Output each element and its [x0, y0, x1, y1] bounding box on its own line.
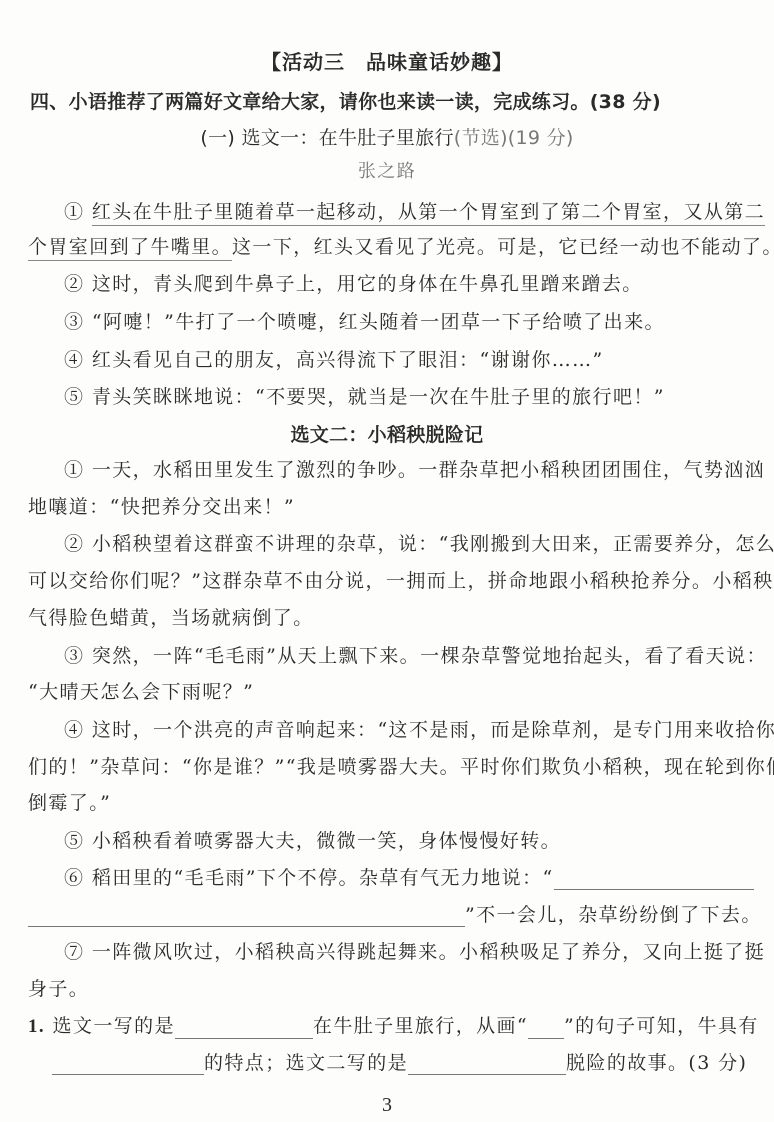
- exercise-1-line-1: 1. 选文一写的是在牛肚子里旅行，从画“”的句子可知，牛具有: [0, 1014, 774, 1039]
- answer-blank-weed-speech-1[interactable]: [554, 869, 754, 890]
- passage1-author: 张之路: [0, 160, 774, 184]
- passage1-paragraph-3: ③ “阿嚏！”牛打了一个喷嚏，红头随着一团草一下子给喷了出来。: [0, 310, 774, 334]
- passage2-heading: 选文二：小稻秧脱险记: [0, 423, 774, 447]
- passage1-paragraph-1-line-1: ① 红头在牛肚子里随着草一起移动，从第一个胃室到了第二个胃室，又从第二: [0, 200, 774, 224]
- page-number: 3: [0, 1094, 774, 1117]
- passage2-paragraph-1-line-1: ① 一天，水稻田里发生了激烈的争吵。一群杂草把小稻秧团团围住，气势汹汹: [0, 458, 774, 482]
- passage1-paragraph-1-line-2: 个胃室回到了牛嘴里。这一下，红头又看见了光亮。可是，它已经一动也不能动了。: [0, 235, 774, 259]
- question-header: 四、小语推荐了两篇好文章给大家，请你也来读一读，完成练习。(38 分): [30, 90, 774, 114]
- passage2-paragraph-7-line-1: ⑦ 一阵微风吹过，小稻秧高兴得跳起舞来。小稻秧吸足了养分，又向上挺了挺: [0, 940, 774, 964]
- answer-blank-passage2-subject[interactable]: [408, 1054, 566, 1075]
- answer-blank-cow-trait[interactable]: [52, 1054, 204, 1075]
- passage2-paragraph-3-line-2: “大晴天怎么会下雨呢？”: [0, 680, 774, 704]
- worksheet-page: 【活动三 品味童话妙趣】 四、小语推荐了两篇好文章给大家，请你也来读一读，完成练…: [0, 0, 774, 1122]
- passage2-paragraph-4-line-1: ④ 这时，一个洪亮的声音响起来：“这不是雨，而是除草剂，是专门用来收拾你: [0, 718, 774, 742]
- passage2-paragraph-5: ⑤ 小稻秧看着喷雾器大夫，微微一笑，身体慢慢好转。: [0, 829, 774, 853]
- passage2-paragraph-2-line-3: 气得脸色蜡黄，当场就病倒了。: [0, 606, 774, 630]
- passage1-title: (一) 选文一：在牛肚子里旅行: [200, 127, 453, 149]
- answer-blank-passage1-subject[interactable]: [175, 1018, 313, 1039]
- answer-blank-weed-speech-2[interactable]: [28, 906, 465, 927]
- passage1-paragraph-4: ④ 红头看见自己的朋友，高兴得流下了眼泪：“谢谢你……”: [0, 348, 774, 372]
- passage2-paragraph-2-line-1: ② 小稻秧望着这群蛮不讲理的杂草，说：“我刚搬到大田来，正需要养分，怎么: [0, 532, 774, 556]
- passage2-paragraph-4-line-3: 倒霉了。”: [0, 791, 774, 815]
- exercise-number: 1.: [28, 1016, 45, 1037]
- passage1-excerpt-note: (节选): [454, 127, 508, 149]
- activity-title: 【活动三 品味童话妙趣】: [0, 50, 774, 74]
- passage2-paragraph-2-line-2: 可以交给你们呢？”这群杂草不由分说，一拥而上，拼命地跟小稻秧抢养分。小稻秧: [0, 569, 774, 593]
- answer-blank-line-type[interactable]: [528, 1018, 564, 1039]
- passage2-paragraph-1-line-2: 地嚷道：“快把养分交出来！”: [0, 495, 774, 519]
- passage2-paragraph-7-line-2: 身子。: [0, 977, 774, 1001]
- exercise-1-line-2: 的特点；选文二写的是脱险的故事。(3 分): [0, 1051, 774, 1075]
- passage2-paragraph-6-line-1: ⑥ 稻田里的“毛毛雨”下个不停。杂草有气无力地说：“: [0, 866, 774, 890]
- passage1-paragraph-2: ② 这时，青头爬到牛鼻子上，用它的身体在牛鼻孔里蹭来蹭去。: [0, 272, 774, 296]
- underlined-sentence-end: 个胃室回到了牛嘴里。: [28, 236, 232, 261]
- underlined-sentence: 红头在牛肚子里随着草一起移动，从第一个胃室到了第二个胃室，又从第二: [92, 201, 765, 226]
- passage2-paragraph-4-line-2: 们的！”杂草问：“你是谁？”“我是喷雾器大夫。平时你们欺负小稻秧，现在轮到你们: [0, 755, 774, 779]
- passage1-score: (19 分): [508, 127, 574, 149]
- passage2-paragraph-3-line-1: ③ 突然，一阵“毛毛雨”从天上飘下来。一棵杂草警觉地抬起头，看了看天说：: [0, 644, 774, 668]
- passage1-heading: (一) 选文一：在牛肚子里旅行(节选)(19 分): [0, 126, 774, 150]
- passage2-paragraph-6-line-2: ”不一会儿，杂草纷纷倒了下去。: [0, 903, 774, 927]
- passage1-paragraph-5: ⑤ 青头笑眯眯地说：“不要哭，就当是一次在牛肚子里的旅行吧！”: [0, 385, 774, 409]
